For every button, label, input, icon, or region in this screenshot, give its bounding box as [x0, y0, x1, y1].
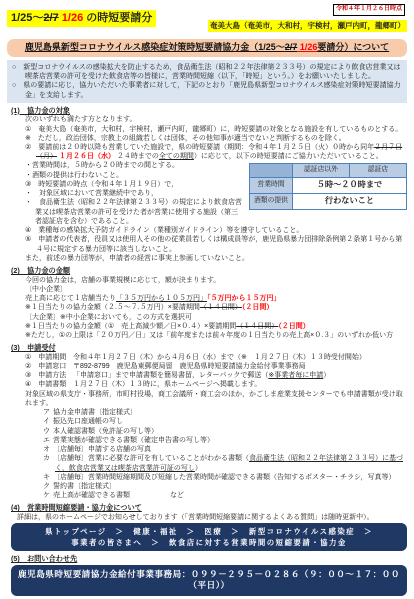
doc-key-ke: ケ	[43, 491, 53, 500]
doc-item-ka: カ〔店舗毎〕営業に必要な許可を有していることがわかる書類（食品衛生法（昭和２２年…	[43, 454, 407, 472]
doc-text-a: 協力金申請書〔指定様式〕	[53, 409, 137, 416]
doc-text-u: 本人確認書類（免許証の写し等）	[53, 428, 158, 435]
table-header-row: 認証店以外 認証店	[250, 164, 407, 178]
intro-box: ○ 新型コロナウイルスの感染拡大を防止するため，食品衛生法（昭和２２年法律第２３…	[7, 60, 407, 103]
website-breadcrumb: 県トップページ ＞ 健康・福祉 ＞ 医療 ＞ 新型コロナウイルス感染症 ＞ 事業…	[11, 523, 407, 551]
application-documents-note: 対象区域の県支庁・事務所，市町村役場，商工会議所・商工会のほか，かごしま産業支援…	[25, 390, 407, 408]
header: 1/25～2/7 1/26 の時短要請分 令和４年１月２６日時点 奄美大島（奄美…	[7, 4, 407, 37]
section-website: (4) 営業時間短縮要請・協力金について 詳細は，県のホームページでお知らせして…	[7, 503, 407, 551]
application-window: ② 申請窓口〒892-8799 鹿児島東郵便局留 鹿児島県時短要請協力金給付事業…	[25, 362, 407, 371]
title-struck-date: 2/7	[43, 12, 58, 24]
row-label-hours: 営業時間	[250, 178, 293, 194]
table-row-alcohol: 酒類の提供 行わないこと	[250, 194, 407, 210]
banner-struck-date: 2/7	[285, 42, 298, 52]
table-corner-cell	[250, 164, 293, 178]
sme-label: 〔中小企業〕	[25, 285, 407, 294]
amount-lead: 今回の協力金は，店舗の事業規模に応じて，額が決まります。	[25, 276, 407, 285]
application-window-value: 〒892-8799 鹿児島東郵便局留 鹿児島県時短要請協力金給付事業事務局	[73, 363, 306, 370]
document-list: ア協力金申請書〔指定様式〕 イ振込先口座通帳の写し ウ本人確認書類（免許証の写し…	[43, 408, 407, 500]
doc-item-o: オ〔店舗毎〕申請する店舗の写真	[43, 445, 407, 454]
application-documents-value: １月２７日（木）１３時に，県ホームページへ掲載します。	[73, 381, 261, 388]
doc-text-ke-suffix: など	[170, 492, 184, 499]
sme2-struck-period: （１４日間）	[200, 304, 242, 311]
doc-text-i: 振込先口座通帳の写し	[53, 418, 123, 425]
section-4-body: 詳細は，県のホームページでお知らせしております（「営業時間短縮要請に関するよくあ…	[11, 513, 407, 522]
doc-key-u: ウ	[43, 427, 53, 436]
section-1-heading: (1) 協力金の対象	[11, 106, 407, 116]
section-3-heading: (3) 申請受付	[11, 343, 407, 353]
application-window-label: ② 申請窓口	[25, 362, 73, 371]
eligibility-item-2: ② 要請前は２０時以降も営業していた施設で，県の時短要請（期間：令和４年１月２５…	[25, 143, 407, 161]
intro-bullet-1: ○ 新型コロナウイルスの感染拡大を防止するため，食品衛生法（昭和２２年法律第２３…	[12, 63, 402, 81]
value-hours: ５時～２０時まで	[293, 178, 407, 194]
method-post: ）	[323, 372, 330, 379]
table-row-hours: 営業時間 ５時～２０時まで	[250, 178, 407, 194]
doc-text-ka-pre: 〔店舗毎〕営業に必要な許可を有していることがわかる書類（	[53, 455, 249, 462]
doc-key-a: ア	[43, 408, 53, 417]
application-period-label: ① 申請期間	[25, 353, 73, 362]
doc-item-ke: ケ売上高が確認できる書類など	[43, 491, 407, 500]
doc-key-o: オ	[43, 445, 53, 454]
doc-key-e: エ	[43, 436, 53, 445]
section-2-heading: (2) 協力金の金額	[11, 266, 407, 276]
doc-key-i: イ	[43, 417, 53, 426]
doc-text-ke: 売上高が確認できる書類	[53, 492, 130, 499]
eligibility-item-1-note: ※ ただし，政治団体，宗教上の組織若しくは団体，その他知事が適当でないと判断する…	[25, 134, 407, 143]
doc-key-ka: カ	[43, 454, 53, 463]
title-pre: 1/25～	[11, 12, 43, 24]
item2-revised-date: １月２６日（水）	[57, 153, 115, 160]
eligibility-item-4: ④ 業種毎の感染拡大予防ガイドライン（業種別ガイドライン）等を遵守していること。	[25, 226, 407, 235]
eligibility-item-1: ① 奄美大島（奄美市，大和村，宇検村，瀬戸内町，龍郷町）に，時短要請の対象となる…	[25, 125, 407, 134]
doc-text-o: 〔店舗毎〕申請する店舗の写真	[53, 446, 151, 453]
banner-revised-date: 1/26	[297, 42, 317, 52]
doc-item-e: エ営業実態が確認できる書類（確定申告書の写し等）	[43, 436, 407, 445]
sme1-revised-amount: 「５万円から１５万円」	[207, 295, 281, 302]
flyer-page: 1/25～2/7 1/26 の時短要請分 令和４年１月２６日時点 奄美大島（奄美…	[0, 0, 414, 599]
sme2-pre: ※１日当たりの協力金額（２.５～７.５万円）×要請期間	[25, 304, 200, 311]
section-5-heading: (5) お問い合わせ先	[11, 554, 407, 564]
item2-underline: 全ての期間	[159, 153, 194, 160]
application-documents: ④ 申請書類１月２７日（木）１３時に，県ホームページへ掲載します。	[25, 380, 407, 389]
large1-revised-period: （２日間）	[278, 323, 310, 330]
sme1-struck-amount: 「３５万円から１０５万円」	[116, 295, 207, 302]
page-title: 1/25～2/7 1/26 の時短要請分	[7, 10, 156, 27]
doc-item-u: ウ本人確認書類（免許証の写し等）	[43, 427, 407, 436]
method-underline: ※事業者毎に申請	[268, 372, 323, 379]
value-alcohol: 行わないこと	[293, 194, 407, 210]
col-certified: 認証店	[350, 164, 407, 178]
doc-item-ki: キ〔店舗毎〕営業時間短縮期間及び短縮した営業時間が確認できる書類（告知するポスタ…	[43, 473, 407, 482]
large1-pre: ※１日当たりの協力金額（① 売上高減少額／日×０.４）×要請期間	[25, 323, 236, 330]
banner-pre: 鹿児島県新型コロナウイルス感染症対策時短要請協力金（1/25～	[25, 42, 285, 52]
section-application: (3) 申請受付 ① 申請期間令和４年１月２７日（木）から４月６日（水）まで（※…	[7, 343, 407, 500]
eligibility-item-5: ⑤ 申請者の代表者，役員又は使用人その他の従業員若しくは構成員等が，鹿児島県暴力…	[25, 235, 407, 253]
doc-text-ki: 〔店舗毎〕営業時間短縮期間及び短縮した営業時間が確認できる書類（告知するポスター…	[53, 474, 395, 481]
region-highlight: 奄美大島（奄美市，大和村，宇検村，瀬戸内町，龍郷町）	[208, 20, 407, 32]
application-period-value: 令和４年１月２７日（木）から４月６日（水）まで（※ １月２７日（木）１３時受付開…	[73, 354, 366, 361]
large-label: 〔大企業〕※中小企業においても，この方式を選択可	[25, 313, 407, 322]
as-of-date-box: 令和４年１月２６日時点	[333, 4, 405, 16]
doc-item-ku: ク誓約書〔指定様式〕	[43, 482, 407, 491]
sme2-revised-period: （２日間）	[242, 304, 274, 311]
section-2-body: 今回の協力金は，店舗の事業規模に応じて，額が決まります。 〔中小企業〕 売上高に…	[11, 276, 407, 341]
large-line-2: ※ただし，①の上限は「２０万円／日」又は「前年度または前々年度の１日当たりの売上…	[25, 331, 407, 340]
doc-text-e: 営業実態が確認できる書類（確定申告書の写し等）	[53, 437, 214, 444]
doc-text-ka-post: ）	[195, 465, 202, 472]
large-line-1: ※１日当たりの協力金額（① 売上高減少額／日×０.４）×要請期間（１４日間）（２…	[25, 322, 407, 331]
section-4-heading: (4) 営業時間短縮要請・協力金について	[11, 503, 407, 513]
sme1-pre: 売上高に応じて１店舗当たり	[25, 295, 116, 302]
application-documents-label: ④ 申請書類	[25, 380, 73, 389]
sme-line-2: ※１日当たりの協力金額（２.５～７.５万円）×要請期間（１４日間）（２日間）	[25, 303, 407, 312]
row-label-alcohol: 酒類の提供	[250, 194, 293, 210]
intro-bullet-2: ○ 県の要請に応じ，協力いただいた事業者に対して，下記のとおり「鹿児島県新型コロ…	[12, 81, 402, 99]
section-contact: (5) お問い合わせ先 鹿児島県時短要請協力金給付事業事務局：０９９－２９５－０…	[7, 554, 407, 595]
breadcrumb-line-1: 県トップページ ＞ 健康・福祉 ＞ 医療 ＞ 新型コロナウイルス感染症 ＞	[13, 526, 405, 537]
section-amount: (2) 協力金の金額 今回の協力金は，店舗の事業規模に応じて，額が決まります。 …	[7, 266, 407, 340]
item2-pre: ② 要請前は２０時以降も営業していた施設で，県の時短要請（期間：令和４年１月２５…	[25, 144, 374, 151]
section-1-body: 次のいずれも満たす方となります。 ① 奄美大島（奄美市，大和村，宇検村，瀬戸内町…	[11, 115, 407, 263]
doc-key-ku: ク	[43, 482, 53, 491]
shortening-rules-table: 認証店以外 認証店 営業時間 ５時～２０時まで 酒類の提供 行わないこと	[249, 163, 407, 210]
section-3-body: ① 申請期間令和４年１月２７日（木）から４月６日（水）まで（※ １月２７日（木）…	[11, 353, 407, 501]
doc-item-a: ア協力金申請書〔指定様式〕	[43, 408, 407, 417]
title-post: の時短要請分	[83, 12, 152, 24]
application-method: ③ 申請方法「申請窓口」まで申請書類を簡易書留，レターパックで郵送（※事業者毎に…	[25, 371, 407, 380]
item2-mid: ２４時までの	[115, 153, 159, 160]
sme-line-1: 売上高に応じて１店舗当たり「３５万円から１０５万円」「５万円から１５万円」	[25, 294, 407, 303]
application-method-label: ③ 申請方法	[25, 371, 73, 380]
banner-post: 要請分）について	[317, 42, 389, 52]
contact-band: 鹿児島県時短要請協力金給付事業事務局：０９９－２９５－０２８６（９：００～１７：…	[11, 565, 407, 596]
item2-post: ）に応じて，以下の時短要請にご協力いただいていること。	[194, 153, 383, 160]
large1-struck-period: （１４日間）	[236, 323, 278, 330]
website-lead: 詳細は，県のホームページでお知らせしております（「営業時間短縮要請に関するよくあ…	[17, 513, 407, 522]
eligibility-item-5-cont: また，前述の暴力団等が，申請者の経営に事実上参画していないこと。	[25, 254, 407, 263]
doc-text-ku: 誓約書〔指定様式〕	[53, 483, 116, 490]
section-eligibility: (1) 協力金の対象 次のいずれも満たす方となります。 ① 奄美大島（奄美市，大…	[7, 106, 407, 263]
eligibility-lead: 次のいずれも満たす方となります。	[25, 115, 407, 124]
doc-key-ki: キ	[43, 473, 53, 482]
main-banner: 鹿児島県新型コロナウイルス感染症対策時短要請協力金（1/25～2/7 1/26要…	[7, 39, 407, 57]
breadcrumb-line-2: 事業者の皆さまへ ＞ 飲食店に対する営業時間の短縮要請・協力金	[13, 537, 405, 548]
col-non-certified: 認証店以外	[293, 164, 350, 178]
method-pre: 「申請窓口」まで申請書類を簡易書留，レターパックで郵送（	[73, 372, 268, 379]
title-revised-date: 1/26	[59, 12, 83, 24]
application-period: ① 申請期間令和４年１月２７日（木）から４月６日（水）まで（※ １月２７日（木）…	[25, 353, 407, 362]
doc-item-i: イ振込先口座通帳の写し	[43, 417, 407, 426]
